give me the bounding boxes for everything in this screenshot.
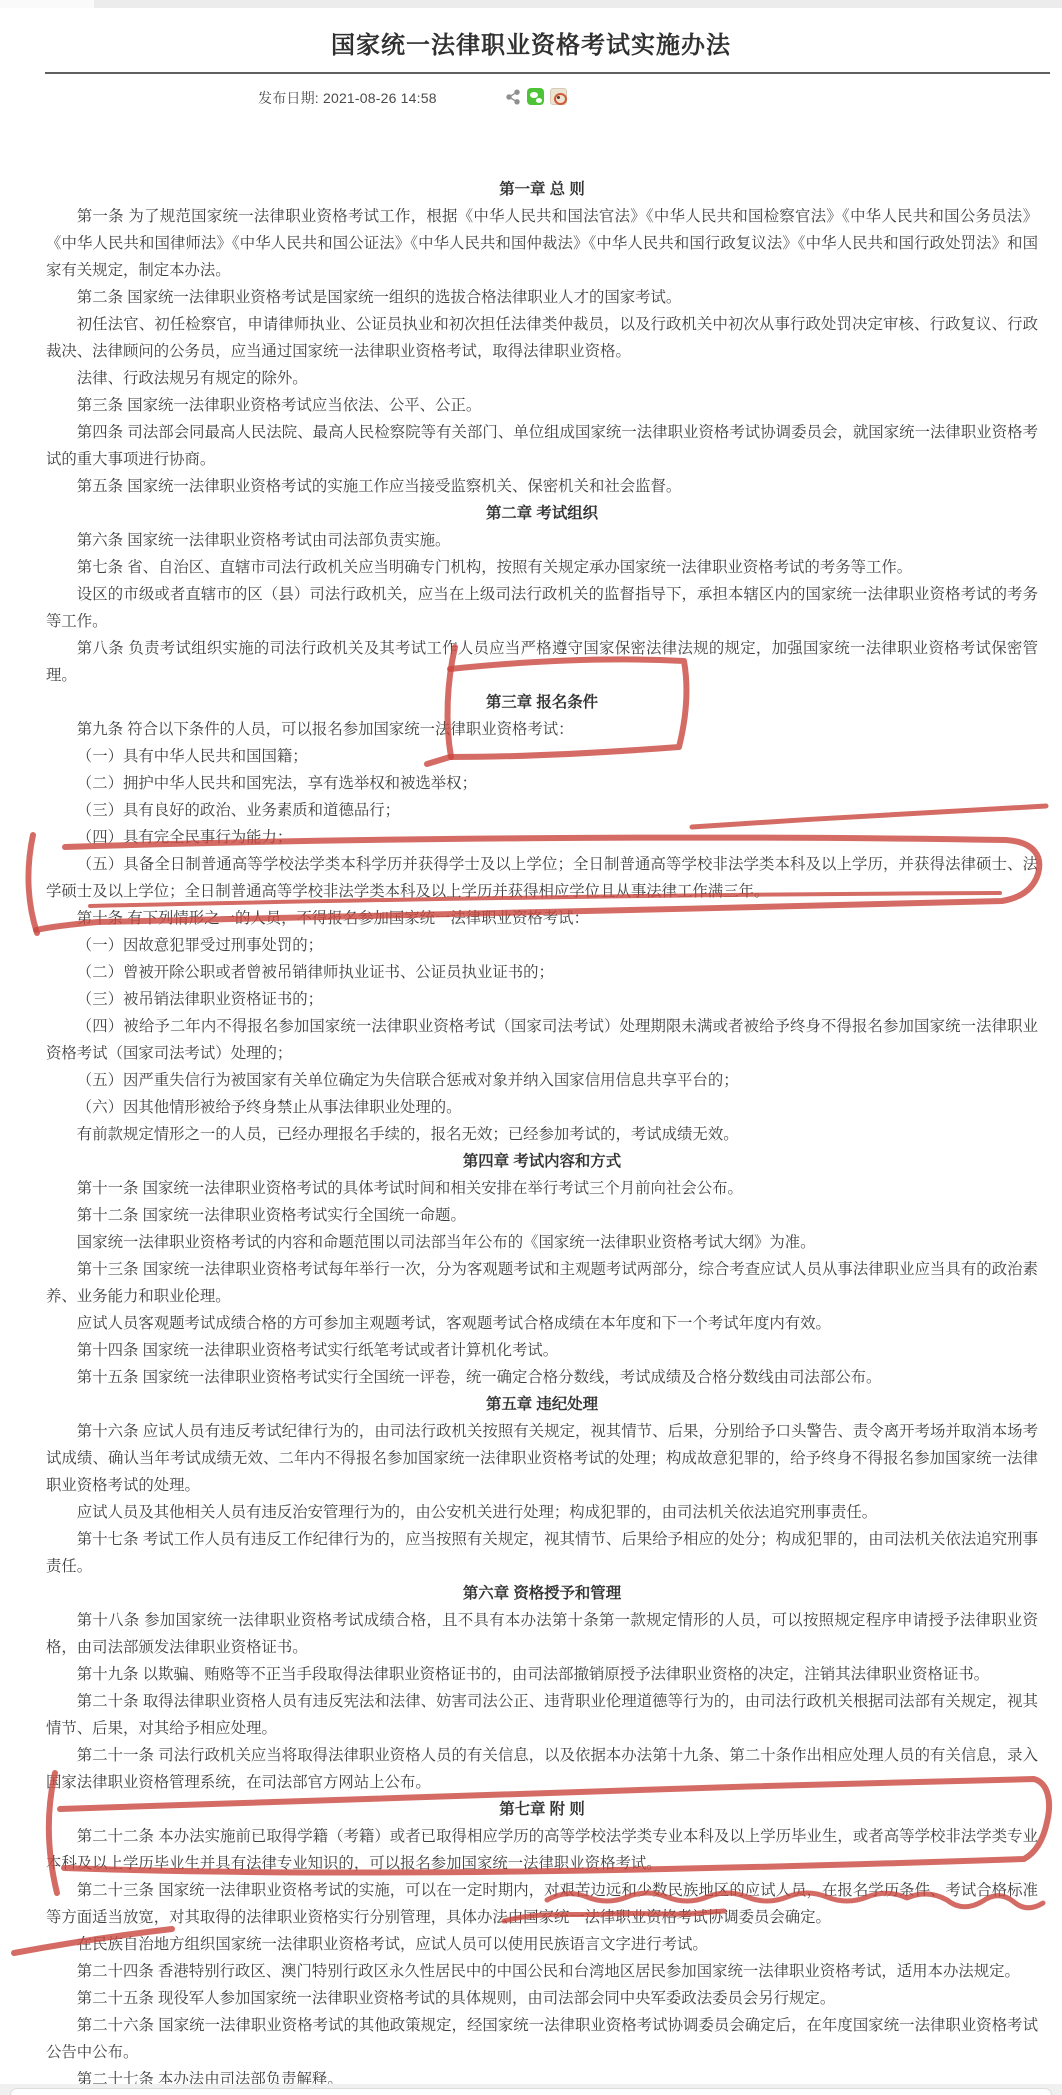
next-section-card	[10, 2088, 1052, 2095]
paragraph: （五）因严重失信行为被国家有关单位确定为失信联合惩戒对象并纳入国家信用信息共享平…	[46, 1067, 1038, 1094]
paragraph: 应试人员及其他相关人员有违反治安管理行为的，由公安机关进行处理；构成犯罪的，由司…	[46, 1499, 1038, 1526]
publish-date: 发布日期: 2021-08-26 14:58	[258, 88, 437, 108]
paragraph: 第十九条 以欺骗、贿赂等不正当手段取得法律职业资格证书的，由司法部撤销原授予法律…	[46, 1661, 1038, 1688]
paragraph: 设区的市级或者直辖市的区（县）司法行政机关，应当在上级司法行政机关的监督指导下，…	[46, 581, 1038, 635]
paragraph: 第六条 国家统一法律职业资格考试由司法部负责实施。	[46, 527, 1038, 554]
paragraph: 第十八条 参加国家统一法律职业资格考试成绩合格，且不具有本办法第十条第一款规定情…	[46, 1607, 1038, 1661]
paragraph: （三）具有良好的政治、业务素质和道德品行；	[46, 797, 1038, 824]
paragraph: 第二十一条 司法行政机关应当将取得法律职业资格人员的有关信息，以及依据本办法第十…	[46, 1742, 1038, 1796]
paragraph: 第九条 符合以下条件的人员，可以报名参加国家统一法律职业资格考试：	[46, 716, 1038, 743]
paragraph: （二）曾被开除公职或者曾被吊销律师执业证书、公证员执业证书的；	[46, 959, 1038, 986]
paragraph: 第五条 国家统一法律职业资格考试的实施工作应当接受监察机关、保密机关和社会监督。	[46, 473, 1038, 500]
webpage-document: 国家统一法律职业资格考试实施办法 发布日期: 2021-08-26 14:58	[0, 0, 1062, 2095]
share-icon[interactable]	[505, 89, 521, 105]
share-icon-bar	[505, 88, 567, 105]
paragraph: 第二十三条 国家统一法律职业资格考试的实施，可以在一定时期内，对艰苦边远和少数民…	[46, 1877, 1038, 1931]
paragraph: 第二十四条 香港特别行政区、澳门特别行政区永久性居民中的中国公民和台湾地区居民参…	[46, 1958, 1038, 1985]
wechat-bubble-small	[536, 98, 542, 103]
chapter-heading: 第二章 考试组织	[46, 500, 1038, 527]
chapter-heading: 第四章 考试内容和方式	[46, 1148, 1038, 1175]
paragraph: 在民族自治地方组织国家统一法律职业资格考试，应试人员可以使用民族语言文字进行考试…	[46, 1931, 1038, 1958]
paragraph: 第十条 有下列情形之一的人员，不得报名参加国家统一法律职业资格考试：	[46, 905, 1038, 932]
paragraph: （四）被给予二年内不得报名参加国家统一法律职业资格考试（国家司法考试）处理期限未…	[46, 1013, 1038, 1067]
paragraph: 第十二条 国家统一法律职业资格考试实行全国统一命题。	[46, 1202, 1038, 1229]
paragraph: 应试人员客观题考试成绩合格的方可参加主观题考试，客观题考试合格成绩在本年度和下一…	[46, 1310, 1038, 1337]
chapter-heading: 第七章 附 则	[46, 1796, 1038, 1823]
paragraph: （四）具有完全民事行为能力；	[46, 824, 1038, 851]
paragraph: 第二十二条 本办法实施前已取得学籍（考籍）或者已取得相应学历的高等学校法学类专业…	[46, 1823, 1038, 1877]
chapter-heading: 第一章 总 则	[46, 176, 1038, 203]
paragraph: （五）具备全日制普通高等学校法学类本科学历并获得学士及以上学位；全日制普通高等学…	[46, 851, 1038, 905]
paragraph: 国家统一法律职业资格考试的内容和命题范围以司法部当年公布的《国家统一法律职业资格…	[46, 1229, 1038, 1256]
document-body: 第一章 总 则第一条 为了规范国家统一法律职业资格考试工作，根据《中华人民共和国…	[46, 176, 1038, 2093]
paragraph: （一）具有中华人民共和国国籍；	[46, 743, 1038, 770]
wechat-icon[interactable]	[527, 88, 544, 105]
wechat-bubble-large	[530, 92, 538, 99]
paragraph: 第十六条 应试人员有违反考试纪律行为的，由司法行政机关按照有关规定，视其情节、后…	[46, 1418, 1038, 1499]
paragraph: 第二条 国家统一法律职业资格考试是国家统一组织的选拔合格法律职业人才的国家考试。	[46, 284, 1038, 311]
page-title: 国家统一法律职业资格考试实施办法	[0, 25, 1062, 60]
paragraph: 第四条 司法部会同最高人民法院、最高人民检察院等有关部门、单位组成国家统一法律职…	[46, 419, 1038, 473]
paragraph: 第二十六条 国家统一法律职业资格考试的其他政策规定，经国家统一法律职业资格考试协…	[46, 2012, 1038, 2066]
paragraph: （二）拥护中华人民共和国宪法，享有选举权和被选举权；	[46, 770, 1038, 797]
paragraph: （一）因故意犯罪受过刑事处罚的；	[46, 932, 1038, 959]
paragraph: 法律、行政法规另有规定的除外。	[46, 365, 1038, 392]
next-section-strip	[0, 2084, 1062, 2095]
paragraph: 第一条 为了规范国家统一法律职业资格考试工作，根据《中华人民共和国法官法》《中华…	[46, 203, 1038, 284]
chapter-heading: 第五章 违纪处理	[46, 1391, 1038, 1418]
paragraph: 初任法官、初任检察官，申请律师执业、公证员执业和初次担任法律类仲裁员，以及行政机…	[46, 311, 1038, 365]
paragraph: 第二十五条 现役军人参加国家统一法律职业资格考试的具体规则，由司法部会同中央军委…	[46, 1985, 1038, 2012]
paragraph: 有前款规定情形之一的人员，已经办理报名手续的，报名无效；已经参加考试的，考试成绩…	[46, 1121, 1038, 1148]
paragraph: （三）被吊销法律职业资格证书的；	[46, 986, 1038, 1013]
paragraph: 第七条 省、自治区、直辖市司法行政机关应当明确专门机构，按照有关规定承办国家统一…	[46, 554, 1038, 581]
top-chrome-strip-left	[0, 0, 94, 8]
title-divider	[45, 72, 1050, 74]
paragraph: 第十一条 国家统一法律职业资格考试的具体考试时间和相关安排在举行考试三个月前向社…	[46, 1175, 1038, 1202]
weibo-eye-dot	[557, 96, 560, 99]
paragraph: 第二十条 取得法律职业资格人员有违反宪法和法律、妨害司法公正、违背职业伦理道德等…	[46, 1688, 1038, 1742]
paragraph: 第十三条 国家统一法律职业资格考试每年举行一次，分为客观题考试和主观题考试两部分…	[46, 1256, 1038, 1310]
paragraph: （六）因其他情形被给予终身禁止从事法律职业处理的。	[46, 1094, 1038, 1121]
weibo-eye-ring	[554, 93, 567, 105]
paragraph: 第十四条 国家统一法律职业资格考试实行纸笔考试或者计算机化考试。	[46, 1337, 1038, 1364]
paragraph: 第十五条 国家统一法律职业资格考试实行全国统一评卷，统一确定合格分数线，考试成绩…	[46, 1364, 1038, 1391]
paragraph: 第八条 负责考试组织实施的司法行政机关及其考试工作人员应当严格遵守国家保密法律法…	[46, 635, 1038, 689]
weibo-icon[interactable]	[550, 88, 567, 105]
paragraph: 第十七条 考试工作人员有违反工作纪律行为的，应当按照有关规定，视其情节、后果给予…	[46, 1526, 1038, 1580]
chapter-heading: 第六章 资格授予和管理	[46, 1580, 1038, 1607]
chapter-heading: 第三章 报名条件	[46, 689, 1038, 716]
paragraph: 第三条 国家统一法律职业资格考试应当依法、公平、公正。	[46, 392, 1038, 419]
top-chrome-strip	[0, 0, 1062, 8]
